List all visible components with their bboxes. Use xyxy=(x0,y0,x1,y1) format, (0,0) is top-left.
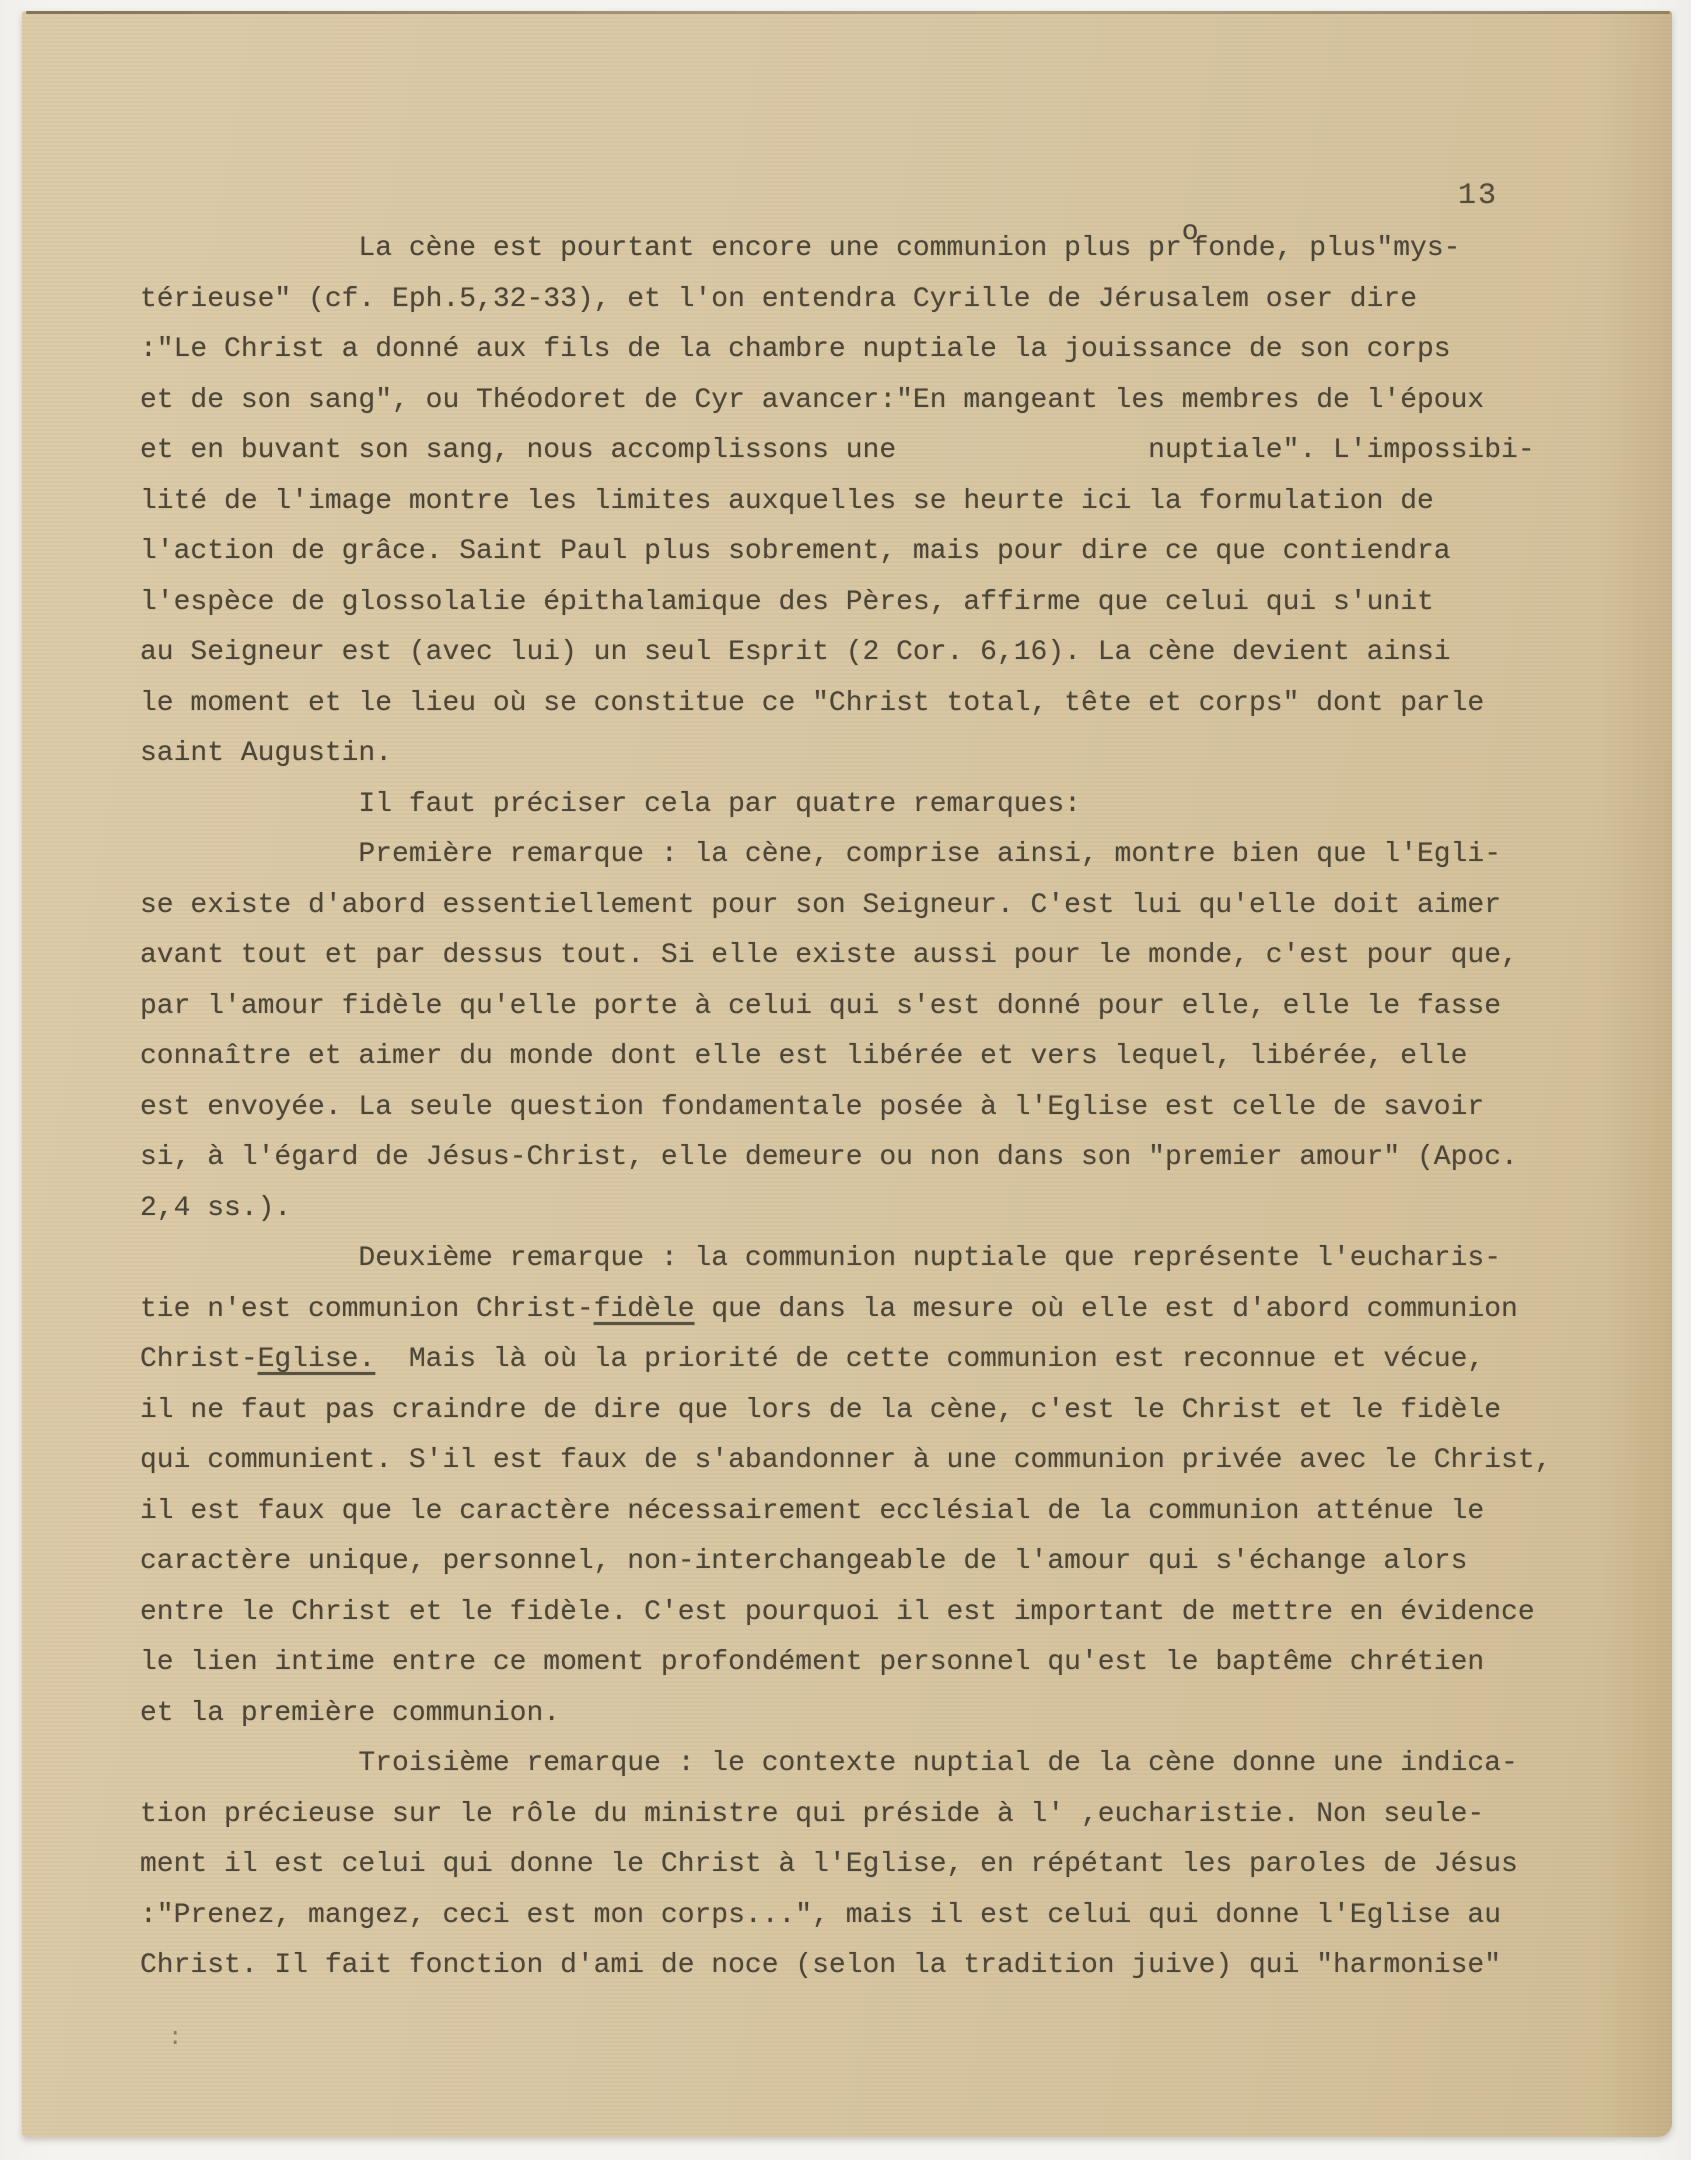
text-line: 2,4 ss.). xyxy=(140,1184,1620,1235)
typewritten-text: La cène est pourtant encore une communio… xyxy=(140,224,1620,1992)
text-line: il est faux que le caractère nécessairem… xyxy=(140,1487,1620,1538)
text-line: le lien intime entre ce moment profondém… xyxy=(140,1638,1620,1689)
text-line: Christ. Il fait fonction d'ami de noce (… xyxy=(140,1941,1620,1992)
page-number: 13 xyxy=(1458,179,1498,213)
text-line: tie n'est communion Christ-fidèle que da… xyxy=(140,1285,1620,1336)
text-line: saint Augustin. xyxy=(140,729,1620,780)
text-line: est envoyée. La seule question fondament… xyxy=(140,1083,1620,1134)
text-line: connaître et aimer du monde dont elle es… xyxy=(140,1032,1620,1083)
text-line: avant tout et par dessus tout. Si elle e… xyxy=(140,931,1620,982)
text-line: et en buvant son sang, nous accomplisson… xyxy=(140,426,1620,477)
scan-background: 13 La cène est pourtant encore une commu… xyxy=(0,0,1691,2160)
text-line: il ne faut pas craindre de dire que lors… xyxy=(140,1386,1620,1437)
text-line: Première remarque : la cène, comprise ai… xyxy=(140,830,1620,881)
text-line: si, à l'égard de Jésus-Christ, elle deme… xyxy=(140,1133,1620,1184)
text-line: au Seigneur est (avec lui) un seul Espri… xyxy=(140,628,1620,679)
paper-page: 13 La cène est pourtant encore une commu… xyxy=(22,11,1672,2137)
text-line: tion précieuse sur le rôle du ministre q… xyxy=(140,1790,1620,1841)
stray-mark: : xyxy=(168,2025,182,2052)
text-line: :"Le Christ a donné aux fils de la chamb… xyxy=(140,325,1620,376)
text-line: le moment et le lieu où se constitue ce … xyxy=(140,679,1620,730)
text-line: lité de l'image montre les limites auxqu… xyxy=(140,477,1620,528)
text-line: ment il est celui qui donne le Christ à … xyxy=(140,1840,1620,1891)
text-line: l'action de grâce. Saint Paul plus sobre… xyxy=(140,527,1620,578)
text-line: et de son sang", ou Théodoret de Cyr ava… xyxy=(140,376,1620,427)
text-line: caractère unique, personnel, non-interch… xyxy=(140,1537,1620,1588)
text-line: térieuse" (cf. Eph.5,32-33), et l'on ent… xyxy=(140,275,1620,326)
text-line: par l'amour fidèle qu'elle porte à celui… xyxy=(140,982,1620,1033)
text-line: Il faut préciser cela par quatre remarqu… xyxy=(140,780,1620,831)
text-line: et la première communion. xyxy=(140,1689,1620,1740)
text-line: l'espèce de glossolalie épithalamique de… xyxy=(140,578,1620,629)
text-line: Christ-Eglise. Mais là où la priorité de… xyxy=(140,1335,1620,1386)
text-line: La cène est pourtant encore une communio… xyxy=(140,224,1620,275)
text-line: Deuxième remarque : la communion nuptial… xyxy=(140,1234,1620,1285)
text-line: :"Prenez, mangez, ceci est mon corps..."… xyxy=(140,1891,1620,1942)
text-line: se existe d'abord essentiellement pour s… xyxy=(140,881,1620,932)
text-line: qui communient. S'il est faux de s'aband… xyxy=(140,1436,1620,1487)
text-line: Troisième remarque : le contexte nuptial… xyxy=(140,1739,1620,1790)
text-line: entre le Christ et le fidèle. C'est pour… xyxy=(140,1588,1620,1639)
